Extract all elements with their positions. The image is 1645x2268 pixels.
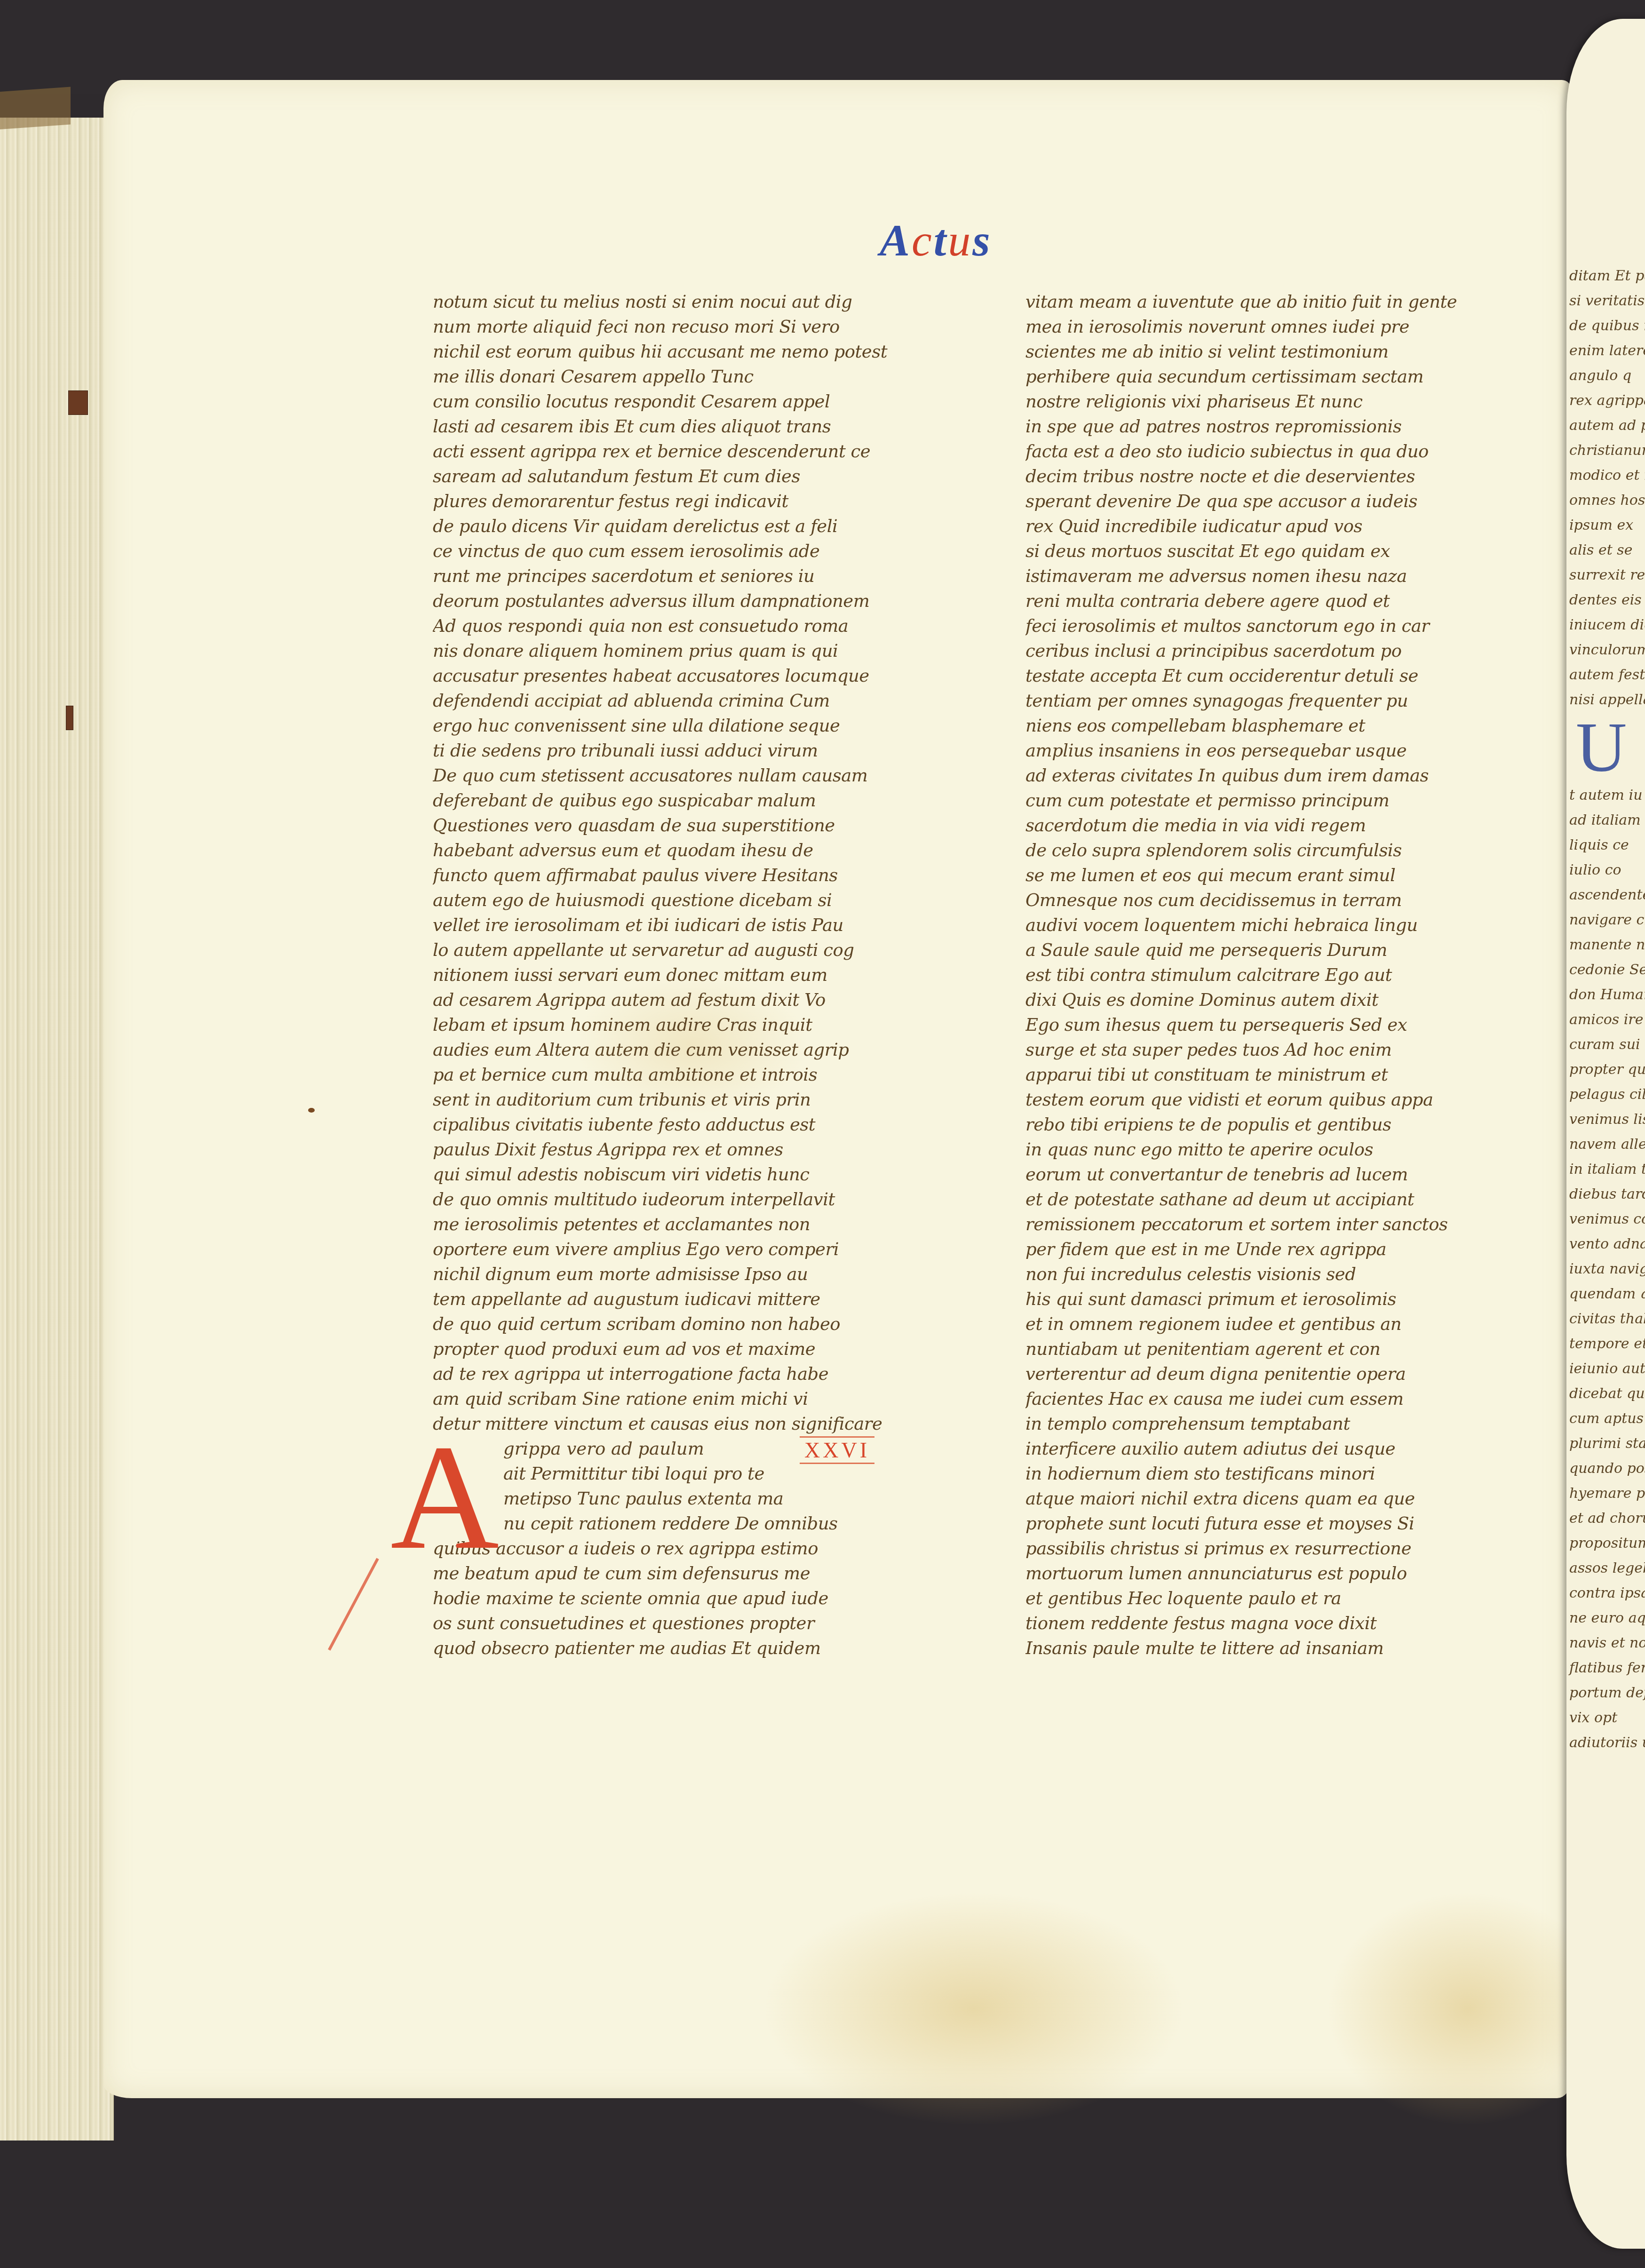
text-line: rex Quid incredibile iudicatur apud vos: [1025, 514, 1524, 539]
text-line: propter quod produxi eum ad vos et maxim…: [433, 1337, 931, 1361]
fore-edge-tab: [68, 390, 88, 415]
chapter-number: XXVI: [800, 1436, 874, 1464]
text-line: remissionem peccatorum et sortem inter s…: [1025, 1212, 1524, 1237]
text-line: facta est a deo sto iudicio subiectus in…: [1025, 439, 1524, 464]
header-letter: A: [880, 215, 912, 265]
facing-initial: U: [1576, 712, 1645, 783]
text-line: autem ad paul: [1569, 413, 1645, 438]
text-line: est tibi contra stimulum calcitrare Ego …: [1025, 963, 1524, 987]
text-line: vellet ire ierosolimam et ibi iudicari d…: [433, 913, 931, 938]
text-line: tempore et cum iam: [1569, 1331, 1645, 1356]
text-line: nichil dignum eum morte admisisse Ipso a…: [433, 1262, 931, 1287]
text-line: reni multa contraria debere agere quod e…: [1025, 589, 1524, 613]
text-line: portum deferen: [1569, 1680, 1645, 1705]
text-line: cum cum potestate et permisso principum: [1025, 788, 1524, 813]
text-line: scientes me ab initio si velint testimon…: [1025, 339, 1524, 364]
text-line: omnes hos qui au: [1569, 488, 1645, 513]
text-line: atque maiori nichil extra dicens quam ea…: [1025, 1486, 1524, 1511]
text-line: ne euro aquilo: [1569, 1606, 1645, 1631]
text-line: rebo tibi eripiens te de populis et gent…: [1025, 1112, 1524, 1137]
water-stain: [762, 1891, 1185, 2126]
text-line: per fidem que est in me Unde rex agrippa: [1025, 1237, 1524, 1262]
text-line: de celo supra splendorem solis circumful…: [1025, 838, 1524, 863]
text-line: nis donare aliquem hominem prius quam is…: [433, 638, 931, 663]
text-line: tentiam per omnes synagogas frequenter p…: [1025, 688, 1524, 713]
text-line: Insanis paule multe te littere ad insani…: [1025, 1636, 1524, 1661]
text-line: ergo huc convenissent sine ulla dilation…: [433, 713, 931, 738]
text-line: plurimi statuerunt: [1569, 1431, 1645, 1456]
text-line: ieiunio autem quib: [1569, 1356, 1645, 1381]
text-line: amplius insaniens in eos persequebar usq…: [1025, 738, 1524, 763]
text-line: functo quem affirmabat paulus vivere Hes…: [433, 863, 931, 888]
text-line: quibus accusor a iudeis o rex agrippa es…: [433, 1536, 931, 1561]
text-line: liquis ce: [1569, 833, 1645, 858]
text-line: se me lumen et eos qui mecum erant simul: [1025, 863, 1524, 888]
text-line: me beatum apud te cum sim defensurus me: [433, 1561, 931, 1586]
text-line: num morte aliquid feci non recuso mori S…: [433, 314, 931, 339]
text-line: deorum postulantes adversus illum dampna…: [433, 589, 931, 613]
text-line: niens eos compellebam blasphemare et: [1025, 713, 1524, 738]
text-line: Ego sum ihesus quem tu persequeris Sed e…: [1025, 1012, 1524, 1037]
text-line: lasti ad cesarem ibis Et cum dies aliquo…: [433, 414, 931, 439]
text-line: et ad chorum: [1569, 1506, 1645, 1531]
text-line: passibilis christus si primus ex resurre…: [1025, 1536, 1524, 1561]
text-line: quendam qui voca: [1569, 1281, 1645, 1306]
text-line: quod obsecro patienter me audias Et quid…: [433, 1636, 931, 1661]
stacked-page-edges: [0, 118, 114, 2141]
text-line: dentes eis Et cum: [1569, 588, 1645, 613]
text-line: iulio co: [1569, 858, 1645, 883]
text-line: pa et bernice cum multa ambitione et int…: [433, 1062, 931, 1087]
text-line: ipsum ex: [1569, 513, 1645, 538]
text-line: acti essent agrippa rex et bernice desce…: [433, 439, 931, 464]
header-letter: u: [948, 215, 972, 265]
text-line: de paulo dicens Vir quidam derelictus es…: [433, 514, 931, 539]
text-line: sent in auditorium cum tribunis et viris…: [433, 1087, 931, 1112]
text-line: in quas nunc ego mitto te aperire oculos: [1025, 1137, 1524, 1162]
text-line: his qui sunt damasci primum et ierosolim…: [1025, 1287, 1524, 1312]
incipit-text: grippa vero ad paulum: [503, 1439, 704, 1459]
text-line: eorum ut convertantur de tenebris ad luc…: [1025, 1162, 1524, 1187]
text-line: de quo quid certum scribam domino non ha…: [433, 1312, 931, 1337]
text-line: mea in ierosolimis noverunt omnes iudei …: [1025, 314, 1524, 339]
text-line: curam sui habere: [1569, 1032, 1645, 1057]
chapter-incipit-line: grippa vero ad paulum XXVI: [433, 1436, 931, 1461]
text-line: propter quod: [1569, 1057, 1645, 1082]
text-line: me ierosolimis petentes et acclamantes n…: [433, 1212, 931, 1237]
text-line: vinculorum dignum q: [1569, 637, 1645, 662]
ink-spot: [308, 1108, 315, 1113]
text-line: et gentibus Hec loquente paulo et ra: [1025, 1586, 1524, 1611]
text-line: vento adnavigavi: [1569, 1232, 1645, 1257]
text-line: lo autem appellante ut servaretur ad aug…: [433, 938, 931, 963]
text-line: vix opt: [1569, 1705, 1645, 1730]
header-letter: s: [972, 215, 992, 265]
text-line: si veritatis et so: [1569, 288, 1645, 313]
text-line: quando possint de: [1569, 1456, 1645, 1481]
text-line: vitam meam a iuventute que ab initio fui…: [1025, 289, 1524, 314]
text-line: autem festo dixit: [1569, 662, 1645, 687]
text-line: interficere auxilio autem adiutus dei us…: [1025, 1436, 1524, 1461]
text-line: cipalibus civitatis iubente festo adduct…: [433, 1112, 931, 1137]
text-column-left: notum sicut tu melius nosti si enim nocu…: [433, 289, 931, 1661]
text-line: audies eum Altera autem die cum venisset…: [433, 1037, 931, 1062]
text-line: nostre religionis vixi phariseus Et nunc: [1025, 389, 1524, 414]
text-line: don Humane: [1569, 982, 1645, 1007]
text-line: cum consilio locutus respondit Cesarem a…: [433, 389, 931, 414]
text-line: audivi vocem loquentem michi hebraica li…: [1025, 913, 1524, 938]
text-line: nichil est eorum quibus hii accusant me …: [433, 339, 931, 364]
text-line: de quo omnis multitudo iudeorum interpel…: [433, 1187, 931, 1212]
text-line: cedonie Sequen: [1569, 957, 1645, 982]
running-header: Actus: [880, 214, 992, 266]
text-line: t autem iu: [1569, 783, 1645, 808]
text-line: facientes Hac ex causa me iudei cum esse…: [1025, 1386, 1524, 1411]
text-line: me illis donari Cesarem appello Tunc: [433, 364, 931, 389]
text-line: prophete sunt locuti futura esse et moys…: [1025, 1511, 1524, 1536]
text-line: notum sicut tu melius nosti si enim nocu…: [433, 289, 931, 314]
text-line: Questiones vero quasdam de sua superstit…: [433, 813, 931, 838]
text-line: oportere eum vivere amplius Ego vero com…: [433, 1237, 931, 1262]
text-line: ceribus inclusi a principibus sacerdotum…: [1025, 638, 1524, 663]
text-line: ait Permittitur tibi loqui pro te: [433, 1461, 931, 1486]
text-line: mortuorum lumen annunciaturus est populo: [1025, 1561, 1524, 1586]
text-line: non fui incredulus celestis visionis sed: [1025, 1262, 1524, 1287]
text-line: ad exteras civitates In quibus dum irem …: [1025, 763, 1524, 788]
text-line: detur mittere vinctum et causas eius non…: [433, 1411, 931, 1436]
text-line: De quo cum stetissent accusatores nullam…: [433, 763, 931, 788]
text-line: modico et in ma: [1569, 463, 1645, 488]
text-line: apparui tibi ut constituam te ministrum …: [1025, 1062, 1524, 1087]
text-line: iniucem dicentes: [1569, 613, 1645, 637]
text-line: tem appellante ad augustum iudicavi mitt…: [433, 1287, 931, 1312]
chapter-start: A grippa vero ad paulum XXVI ait Permitt…: [433, 1436, 931, 1661]
text-line: et de potestate sathane ad deum ut accip…: [1025, 1187, 1524, 1212]
text-line: metipso Tunc paulus extenta ma: [433, 1486, 931, 1511]
text-line: istimaveram me adversus nomen ihesu naza: [1025, 564, 1524, 589]
text-line: plures demorarentur festus regi indicavi…: [433, 489, 931, 514]
text-line: cum aptus portu: [1569, 1406, 1645, 1431]
text-line: ti die sedens pro tribunali iussi adduci…: [433, 738, 931, 763]
text-line: Omnesque nos cum decidissemus in terram: [1025, 888, 1524, 913]
text-line: sacerdotum die media in via vidi regem: [1025, 813, 1524, 838]
text-line: iuxta navig: [1569, 1257, 1645, 1281]
text-line: diebus tarde na: [1569, 1182, 1645, 1207]
text-line: dicebat quam hu: [1569, 1381, 1645, 1406]
text-line: ad italiam: [1569, 808, 1645, 833]
text-column-right: vitam meam a iuventute que ab initio fui…: [1025, 289, 1524, 1661]
text-line: hyemare portum: [1569, 1481, 1645, 1506]
text-line: tionem reddente festus magna voce dixit: [1025, 1611, 1524, 1636]
text-line: runt me principes sacerdotum et seniores…: [433, 564, 931, 589]
text-line: enim latere eum e: [1569, 338, 1645, 363]
text-line: nu cepit rationem reddere De omnibus: [433, 1511, 931, 1536]
text-line: adiutoriis ut: [1569, 1730, 1645, 1755]
text-line: civitas thala: [1569, 1306, 1645, 1331]
text-line: am quid scribam Sine ratione enim michi …: [433, 1386, 931, 1411]
text-line: Ad quos respondi quia non est consuetudo…: [433, 613, 931, 638]
text-line: ad te rex agrippa ut interrogatione fact…: [433, 1361, 931, 1386]
text-line: lebam et ipsum hominem audire Cras inqui…: [433, 1012, 931, 1037]
text-line: alis et se: [1569, 538, 1645, 563]
fore-edge-tab: [66, 706, 73, 730]
text-line: christianum fieri Et: [1569, 438, 1645, 463]
text-line: contra ipsam: [1569, 1581, 1645, 1606]
text-line: navem alle: [1569, 1132, 1645, 1157]
text-line: angulo q: [1569, 363, 1645, 388]
text-line: flatibus fere: [1569, 1655, 1645, 1680]
text-line: habebant adversus eum et quodam ihesu de: [433, 838, 931, 863]
text-line: ditam Et paulus: [1569, 263, 1645, 288]
text-line: venimus contra g: [1569, 1207, 1645, 1232]
text-line: in italiam transposuit: [1569, 1157, 1645, 1182]
text-line: rex agrippa: [1569, 388, 1645, 413]
text-line: perhibere quia secundum certissimam sect…: [1025, 364, 1524, 389]
text-line: de quibus rex: [1569, 313, 1645, 338]
text-line: nuntiabam ut penitentiam agerent et con: [1025, 1337, 1524, 1361]
text-line: si deus mortuos suscitat Et ego quidam e…: [1025, 539, 1524, 564]
text-line: ascendentes navem ad: [1569, 883, 1645, 907]
text-line: verterentur ad deum digna penitentie ope…: [1025, 1361, 1524, 1386]
text-line: ad cesarem Agrippa autem ad festum dixit…: [433, 987, 931, 1012]
text-line: a Saule saule quid me persequeris Durum: [1025, 938, 1524, 963]
text-line: assos legebant c: [1569, 1556, 1645, 1581]
text-line: qui simul adestis nobiscum viri videtis …: [433, 1162, 931, 1187]
text-line: amicos ire: [1569, 1007, 1645, 1032]
text-line: pelagus cilicie: [1569, 1082, 1645, 1107]
text-line: navigare circa asie: [1569, 907, 1645, 932]
text-line: autem ego de huiusmodi questione dicebam…: [433, 888, 931, 913]
text-line: nitionem iussi servari eum donec mittam …: [433, 963, 931, 987]
text-line: ce vinctus de quo cum essem ierosolimis …: [433, 539, 931, 564]
text-line: hodie maxime te sciente omnia que apud i…: [433, 1586, 931, 1611]
text-line: paulus Dixit festus Agrippa rex et omnes: [433, 1137, 931, 1162]
text-line: feci ierosolimis et multos sanctorum ego…: [1025, 613, 1524, 638]
text-line: surge et sta super pedes tuos Ad hoc eni…: [1025, 1037, 1524, 1062]
text-line: venimus listram: [1569, 1107, 1645, 1132]
text-line: navis et non posse: [1569, 1631, 1645, 1655]
text-line: in templo comprehensum temptabant: [1025, 1411, 1524, 1436]
facing-page-edge: ditam Et paulussi veritatis et sode quib…: [1566, 19, 1645, 2249]
text-line: decim tribus nostre nocte et die deservi…: [1025, 464, 1524, 489]
text-line: surrexit rex et pri: [1569, 563, 1645, 588]
text-line: manente nobiscum: [1569, 932, 1645, 957]
text-line: dixi Quis es domine Dominus autem dixit: [1025, 987, 1524, 1012]
text-line: os sunt consuetudines et questiones prop…: [433, 1611, 931, 1636]
text-line: in hodiernum diem sto testificans minori: [1025, 1461, 1524, 1486]
text-line: deferebant de quibus ego suspicabar malu…: [433, 788, 931, 813]
header-letter: c: [912, 215, 934, 265]
text-line: saream ad salutandum festum Et cum dies: [433, 464, 931, 489]
text-line: propositum: [1569, 1531, 1645, 1556]
text-line: testem eorum que vidisti et eorum quibus…: [1025, 1087, 1524, 1112]
text-line: accusatur presentes habeat accusatores l…: [433, 663, 931, 688]
text-line: sperant devenire De qua spe accusor a iu…: [1025, 489, 1524, 514]
text-line: defendendi accipiat ad abluenda crimina …: [433, 688, 931, 713]
header-letter: t: [934, 215, 948, 265]
text-line: testate accepta Et cum occiderentur detu…: [1025, 663, 1524, 688]
text-line: et in omnem regionem iudee et gentibus a…: [1025, 1312, 1524, 1337]
text-line: in spe que ad patres nostros repromissio…: [1025, 414, 1524, 439]
